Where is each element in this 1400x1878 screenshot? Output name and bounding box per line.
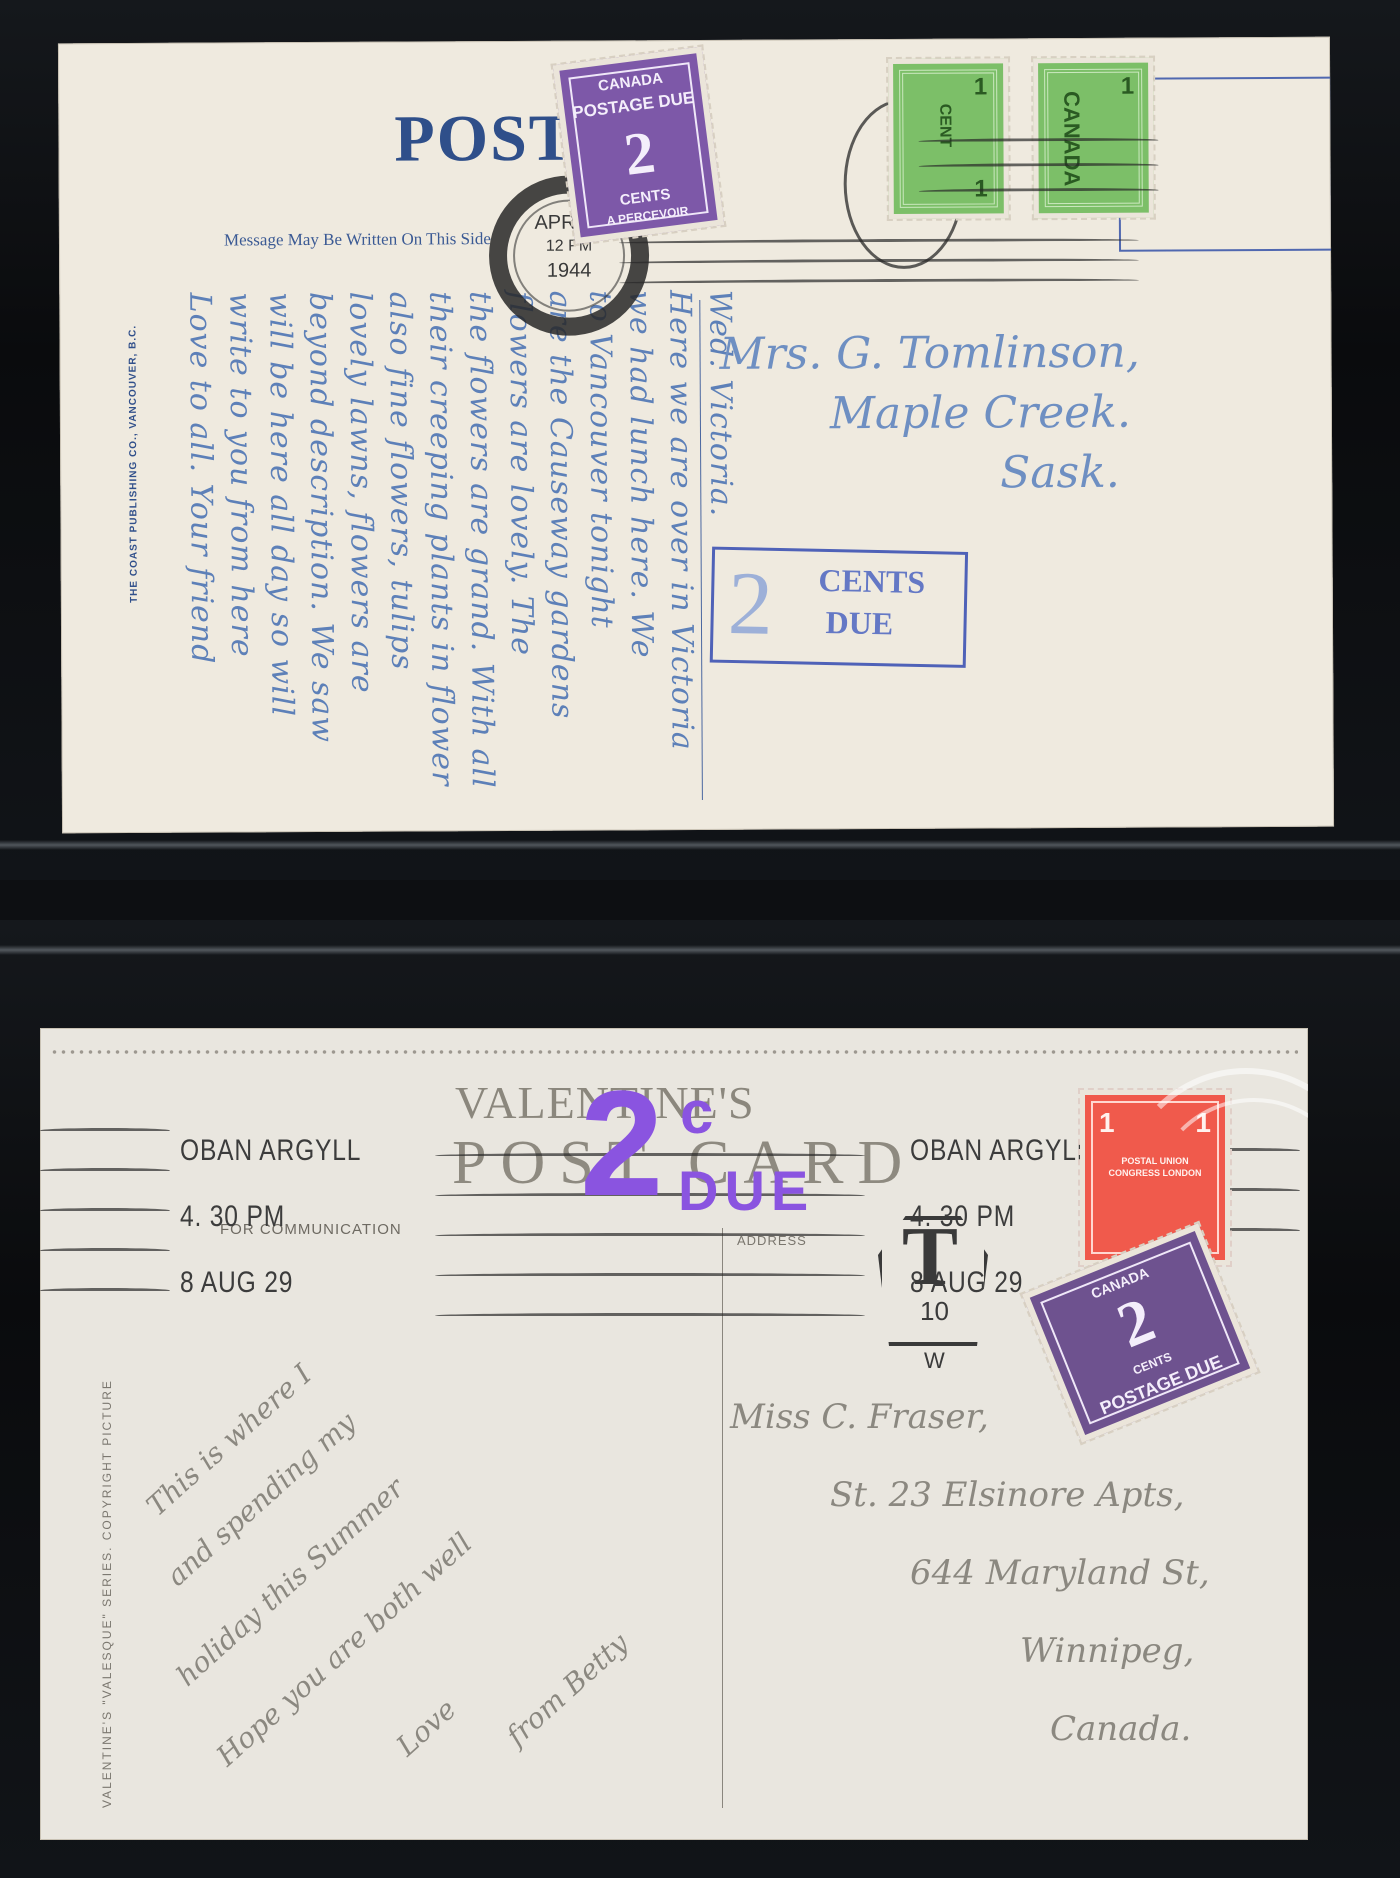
decorative-border <box>50 1048 1298 1056</box>
cancel-wave <box>619 258 1139 266</box>
due-amount: 2 <box>580 1059 663 1227</box>
address-line: Mrs. G. Tomlinson, <box>719 323 1140 385</box>
message-line: This is where I <box>140 1358 318 1523</box>
postmark-time: 4. 30 PM <box>180 1184 361 1250</box>
postmark-time: 12 PM <box>507 237 631 256</box>
postmark-town: OBAN ARGYLL <box>910 1118 1091 1184</box>
due-label-cents: CENTS <box>818 562 925 601</box>
address-line: Canada. <box>730 1690 1210 1768</box>
postmark-year: 1944 <box>507 259 631 283</box>
message-line: Love <box>390 1693 462 1763</box>
postcard-subheader: Message May Be Written On This Side <box>224 229 491 250</box>
message-line: to Vancouver tonight <box>579 290 622 788</box>
postage-due-stamp: CANADA POSTAGE DUE 2 CENTS A PERCEVOIR <box>553 46 725 244</box>
message-line: we had lunch here. We <box>619 290 662 788</box>
message-line: the flowers are grand. With all <box>459 291 502 789</box>
message-line: beyond description. We saw <box>299 292 342 790</box>
stamp-value: 1 <box>974 73 988 101</box>
message-line: Here we are over in Victoria <box>659 290 702 788</box>
message-line: their creeping plants in flower <box>419 291 462 789</box>
message-line: will be here all day so will <box>259 292 302 790</box>
cancel-wave <box>40 1288 170 1293</box>
stamp-value: 1 <box>1121 73 1135 101</box>
recipient-address: Miss C. Fraser, St. 23 Elsinore Apts, 64… <box>730 1378 1210 1768</box>
cancel-wave <box>40 1248 170 1253</box>
cancel-wave <box>40 1208 170 1213</box>
address-line: 644 Maryland St, <box>730 1534 1210 1612</box>
due-label: DUE <box>678 1158 814 1223</box>
cancel-wave <box>619 278 1139 286</box>
sleeve-sheen <box>0 840 1400 850</box>
address-line: St. 23 Elsinore Apts, <box>730 1456 1210 1534</box>
message-line: from Betty <box>500 1627 635 1753</box>
cents-due-handstamp: 2 CENTS DUE <box>710 547 968 668</box>
due-label-due: DUE <box>825 604 893 642</box>
message-line: holiday this Summer <box>170 1471 411 1692</box>
publisher-imprint: THE COAST PUBLISHING CO., VANCOUVER, B.C… <box>127 325 139 603</box>
address-line: Maple Creek. <box>720 383 1141 445</box>
stamp-value: 1 <box>1099 1107 1115 1139</box>
address-line: Sask. <box>720 443 1141 505</box>
message-line: also fine flowers, tulips <box>379 291 422 789</box>
tax-mark-extra: W <box>924 1348 945 1374</box>
address-line: Winnipeg, <box>730 1612 1210 1690</box>
machine-postmark-left: OBAN ARGYLL 4. 30 PM 8 AUG 29 <box>180 1118 361 1316</box>
cancel-wave <box>435 1313 865 1318</box>
message-line: are the Causeway gardens <box>539 291 582 789</box>
postmark-town: OBAN ARGYLL <box>180 1118 361 1184</box>
cancel-wave <box>40 1168 170 1173</box>
cancel-wave <box>40 1128 170 1133</box>
message-line: lovely lawns, flowers are <box>339 292 382 790</box>
postcard-bottom: VALENTINE'S POST CARD FOR COMMUNICATION … <box>40 1028 1308 1840</box>
message-line: flowers are lovely. The <box>499 291 542 789</box>
address-line: Miss C. Fraser, <box>730 1378 1210 1456</box>
postcard-top: POST Message May Be Written On This Side… <box>58 37 1334 834</box>
cancel-wave <box>435 1273 865 1278</box>
due-amount: 2 <box>727 552 774 656</box>
tax-mark-letter: T <box>902 1208 958 1305</box>
series-imprint: VALENTINE'S "VALESQUE" SERIES. COPYRIGHT… <box>100 1379 114 1808</box>
due-sup: c <box>680 1078 713 1147</box>
message-line: write to you from here <box>219 292 262 790</box>
postmark-date: 8 AUG 29 <box>180 1250 361 1316</box>
cancel-wave <box>435 1233 865 1238</box>
message-line: Love to all. Your friend <box>179 292 222 790</box>
postcard-header: POST <box>394 101 575 178</box>
tax-mark-number: 10 <box>920 1296 949 1327</box>
sleeve-sheen <box>0 945 1400 955</box>
recipient-address: Mrs. G. Tomlinson, Maple Creek. Sask. <box>719 323 1140 505</box>
due-handstamp: 2 c DUE <box>580 1068 663 1218</box>
message-column: Wed. Victoria. Here we are over in Victo… <box>179 290 742 791</box>
